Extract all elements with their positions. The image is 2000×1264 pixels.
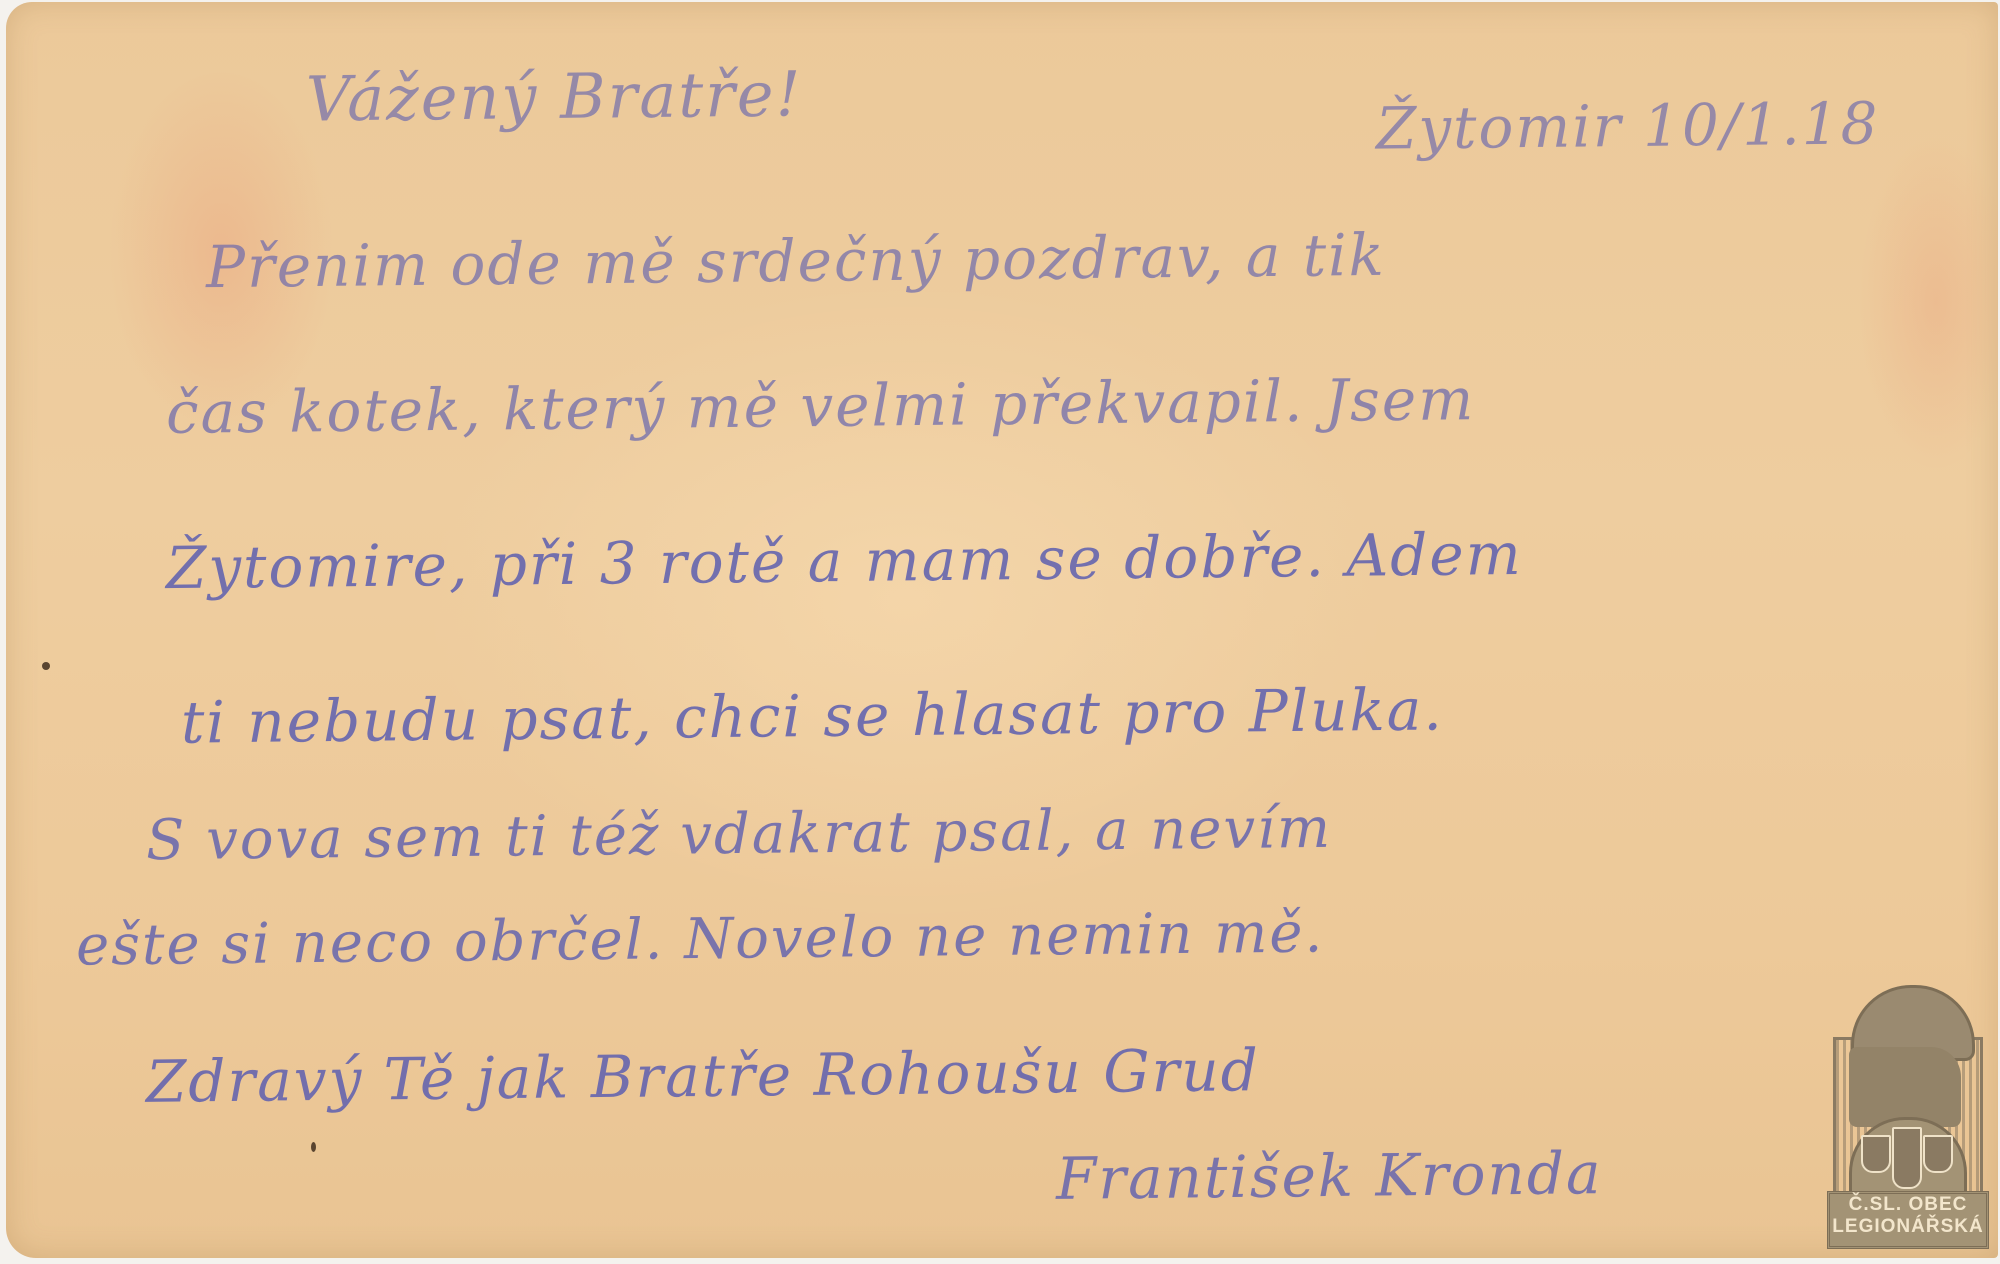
postcard: Vážený Bratře! Žytomir 10/1.18 Přenim od…: [6, 2, 1998, 1258]
legion-watermark-logo: Č.SL. OBEC LEGIONÁŘSKÁ: [1821, 967, 1989, 1245]
handwritten-line: S vova sem ti též vdakrat psal, a nevím: [146, 796, 1333, 873]
greeting-line: Vážený Bratře!: [306, 57, 803, 135]
logo-text-line1: Č.SL. OBEC: [1830, 1194, 1986, 1216]
handwritten-line: Žytomire, při 3 rotě a mam se dobře. Ade…: [166, 520, 1523, 602]
coat-of-arms-left-icon: [1861, 1135, 1891, 1173]
logo-text: Č.SL. OBEC LEGIONÁŘSKÁ: [1827, 1191, 1989, 1249]
handwritten-line: čas kotek, který mě velmi překvapil. Jse…: [166, 365, 1476, 447]
handwritten-line: ti nebudu psat, chci se hlasat pro Pluka…: [181, 675, 1444, 756]
handwritten-line: Přenim ode mě srdečný pozdrav, a tik: [206, 221, 1386, 301]
soldier-face-icon: [1849, 1047, 1961, 1127]
coat-of-arms-center-icon: [1892, 1127, 1922, 1189]
handwritten-line: ešte si neco obrčel. Novelo ne nemin mě.: [76, 900, 1325, 978]
handwritten-line: Zdravý Tě jak Bratře Rohoušu Grud: [146, 1036, 1260, 1116]
signature-line: František Kronda: [1056, 1139, 1603, 1213]
coat-of-arms-right-icon: [1923, 1135, 1953, 1173]
date-line: Žytomir 10/1.18: [1376, 89, 1880, 162]
paper-blemish: [42, 662, 50, 670]
paper-blemish: [311, 1142, 316, 1152]
logo-text-line2: LEGIONÁŘSKÁ: [1830, 1216, 1986, 1238]
